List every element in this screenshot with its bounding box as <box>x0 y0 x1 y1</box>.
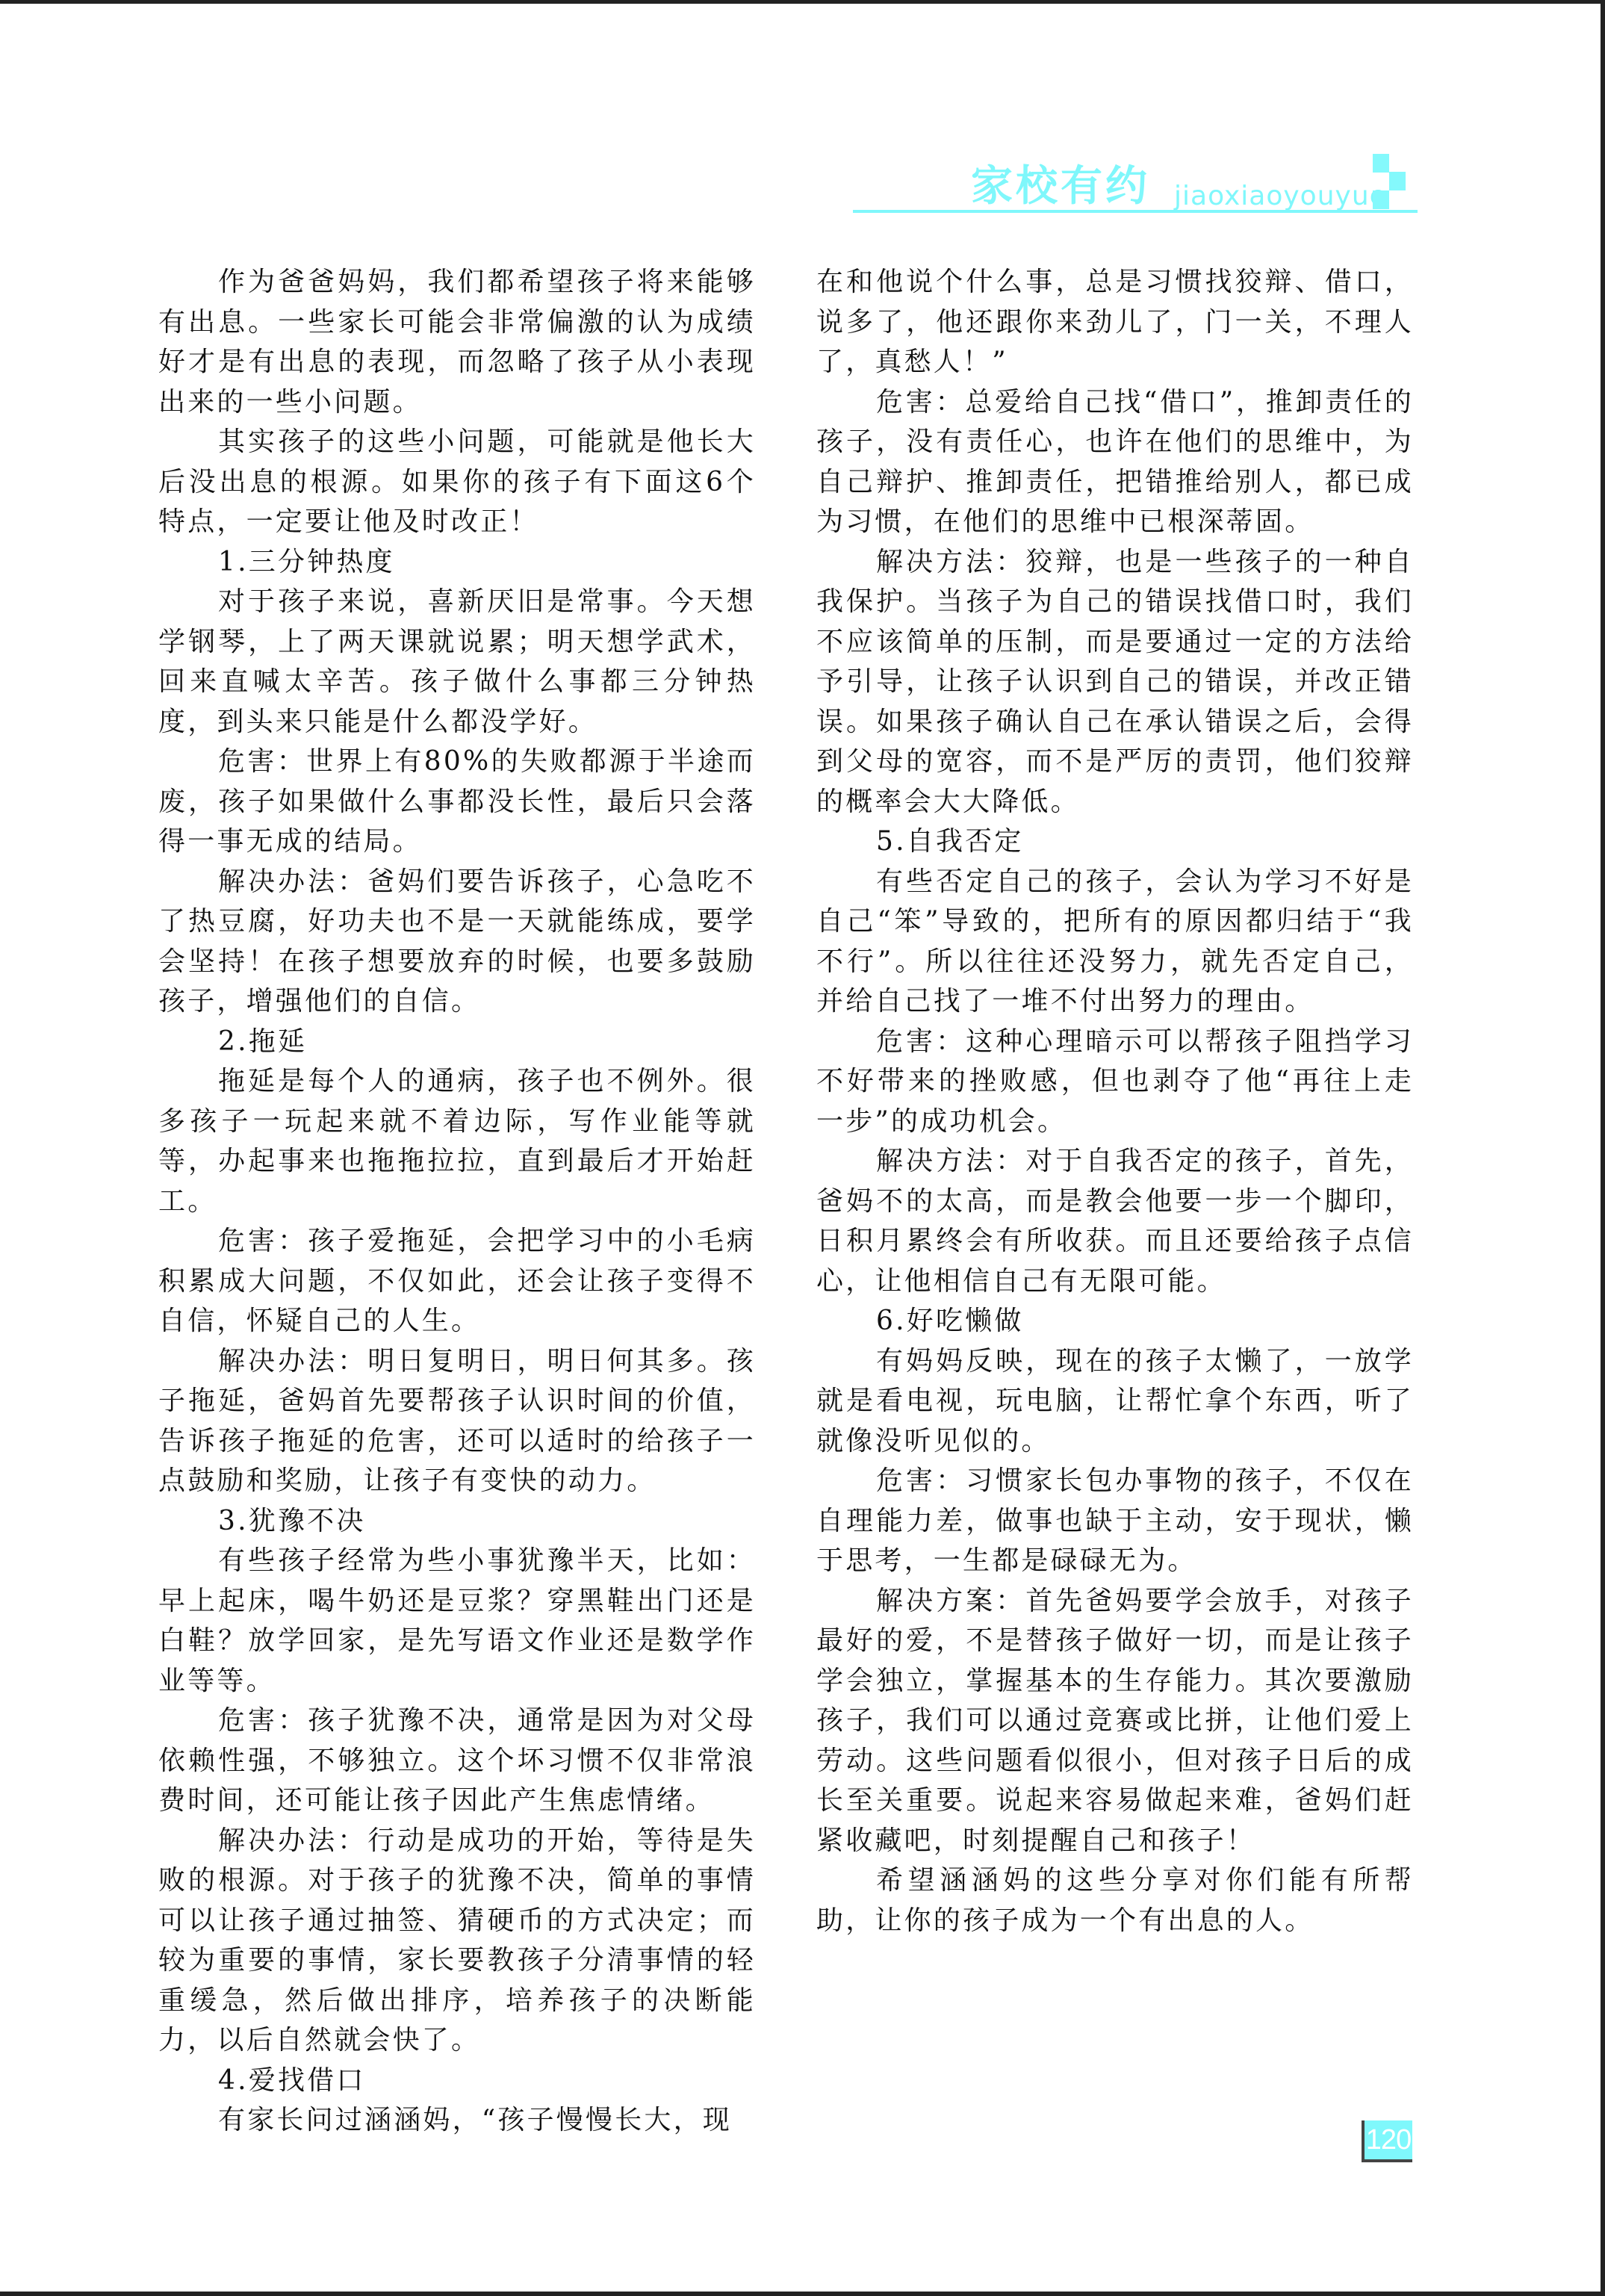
paragraph: 危害：这种心理暗示可以帮孩子阻挡学习不好带来的挫败感，但也剥夺了他“再往上走一步… <box>816 1022 1414 1142</box>
section-heading: 6.好吃懒做 <box>816 1301 1414 1341</box>
paragraph: 对于孩子来说，喜新厌旧是常事。今天想学钢琴，上了两天课就说累；明天想学武术，回来… <box>158 582 756 742</box>
paragraph: 危害：世界上有80%的失败都源于半途而废，孩子如果做什么事都没长性，最后只会落得… <box>158 742 756 862</box>
section-heading: 5.自我否定 <box>816 822 1414 862</box>
paragraph: 其实孩子的这些小问题，可能就是他长大后没出息的根源。如果你的孩子有下面这6个特点… <box>158 422 756 542</box>
paragraph: 危害：习惯家长包办事物的孩子，不仅在自理能力差，做事也缺于主动，安于现状，懒于思… <box>816 1461 1414 1581</box>
section-heading: 4.爱找借口 <box>158 2061 756 2101</box>
paragraph-continued: 在和他说个什么事，总是习惯找狡辩、借口，说多了，他还跟你来劲儿了，门一关，不理人… <box>816 262 1414 382</box>
decorative-square-icon <box>1389 172 1406 190</box>
paragraph: 有妈妈反映，现在的孩子太懒了，一放学就是看电视，玩电脑，让帮忙拿个东西，听了就像… <box>816 1341 1414 1462</box>
paragraph: 解决方案：首先爸妈要学会放手，对孩子最好的爱，不是替孩子做好一切，而是让孩子学会… <box>816 1581 1414 1861</box>
paragraph: 危害：孩子犹豫不决，通常是因为对父母依赖性强，不够独立。这个坏习惯不仅非常浪费时… <box>158 1701 756 1821</box>
paragraph: 解决方法：对于自我否定的孩子，首先，爸妈不的太高，而是教会他要一步一个脚印，日积… <box>816 1141 1414 1301</box>
paragraph: 希望涵涵妈的这些分享对你们能有所帮助，让你的孩子成为一个有出息的人。 <box>816 1861 1414 1940</box>
article-column-left: 作为爸爸妈妈，我们都希望孩子将来能够有出息。一些家长可能会非常偏激的认为成绩好才… <box>158 262 756 2141</box>
section-pinyin: jiaoxiaoyouyue <box>1174 181 1387 211</box>
paragraph: 有些否定自己的孩子，会认为学习不好是自己“笨”导致的，把所有的原因都归结于“我不… <box>816 862 1414 1022</box>
paragraph: 解决办法：行动是成功的开始，等待是失败的根源。对于孩子的犹豫不决，简单的事情可以… <box>158 1821 756 2061</box>
paragraph: 危害：总爱给自己找“借口”，推卸责任的孩子，没有责任心，也许在他们的思维中，为自… <box>816 382 1414 542</box>
paragraph: 危害：孩子爱拖延，会把学习中的小毛病积累成大问题，不仅如此，还会让孩子变得不自信… <box>158 1221 756 1341</box>
paragraph: 解决办法：明日复明日，明日何其多。孩子拖延，爸妈首先要帮孩子认识时间的价值，告诉… <box>158 1341 756 1501</box>
paragraph: 解决方法：狡辩，也是一些孩子的一种自我保护。当孩子为自己的错误找借口时，我们不应… <box>816 542 1414 822</box>
paragraph: 拖延是每个人的通病，孩子也不例外。很多孩子一玩起来就不着边际，写作业能等就等，办… <box>158 1061 756 1221</box>
section-heading: 3.犹豫不决 <box>158 1501 756 1542</box>
magazine-page: 家校有约 jiaoxiaoyouyue 作为爸爸妈妈，我们都希望孩子将来能够有出… <box>0 0 1605 2296</box>
section-title: 家校有约 <box>971 162 1150 214</box>
article-column-right: 在和他说个什么事，总是习惯找狡辩、借口，说多了，他还跟你来劲儿了，门一关，不理人… <box>816 262 1414 1940</box>
decorative-square-icon <box>1373 154 1389 173</box>
section-heading: 2.拖延 <box>158 1022 756 1062</box>
decorative-square-icon <box>1373 190 1389 209</box>
paragraph: 有些孩子经常为些小事犹豫半天，比如：早上起床，喝牛奶还是豆浆？穿黑鞋出门还是白鞋… <box>158 1541 756 1701</box>
page-number: 120 <box>1362 2120 1412 2162</box>
paragraph: 作为爸爸妈妈，我们都希望孩子将来能够有出息。一些家长可能会非常偏激的认为成绩好才… <box>158 262 756 422</box>
paragraph: 解决办法：爸妈们要告诉孩子，心急吃不了热豆腐，好功夫也不是一天就能练成，要学会坚… <box>158 862 756 1022</box>
section-heading: 1.三分钟热度 <box>158 542 756 583</box>
paragraph: 有家长问过涵涵妈，“孩子慢慢长大，现 <box>158 2100 756 2141</box>
